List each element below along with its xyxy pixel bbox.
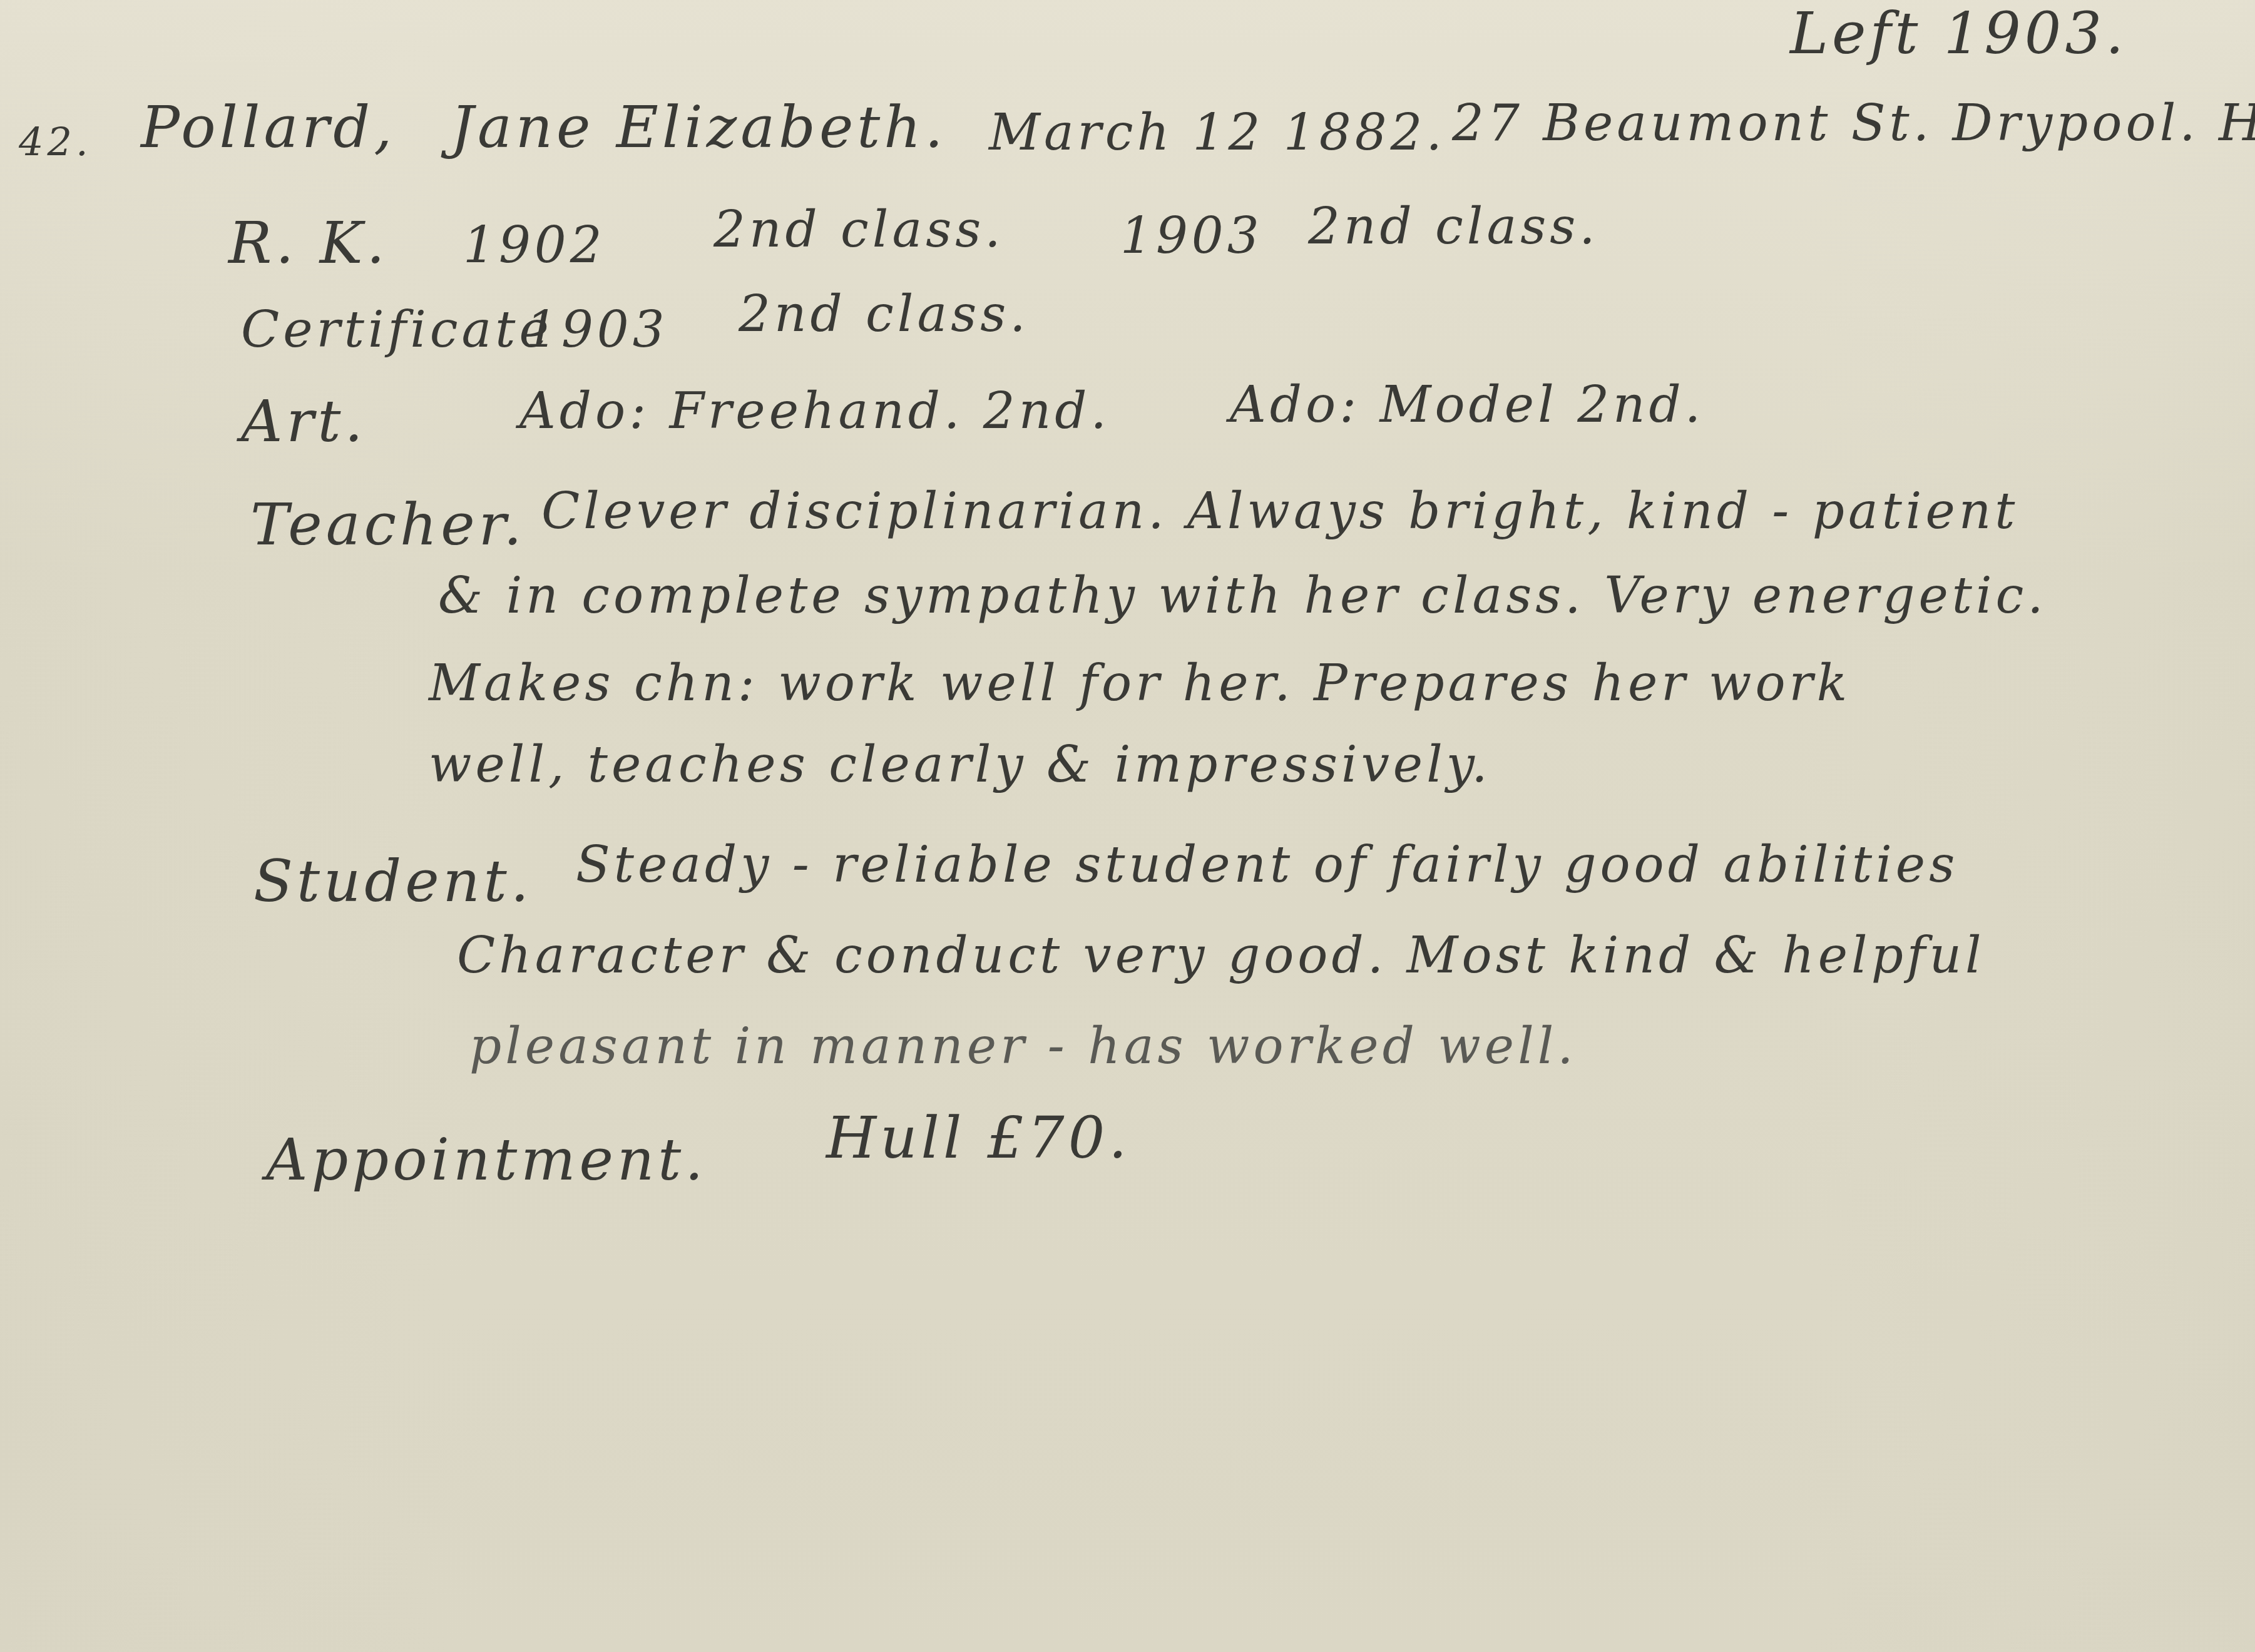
birth-date: March 12 1882. (989, 103, 1446, 161)
teacher-line-3: Makes chn: work well for her. Prepares h… (429, 654, 1851, 712)
surname: Pollard, (141, 94, 396, 161)
teacher-label: Teacher. (250, 491, 526, 558)
rk-1902-year: 1902 (463, 216, 606, 274)
address: 27 Beaumont St. Drypool. Hull. (1452, 94, 2255, 152)
art-label: Art. (241, 388, 367, 455)
left-year-note: Left 1903. (1790, 0, 2127, 67)
teacher-line-2: & in complete sympathy with her class. V… (438, 566, 2047, 625)
art-freehand: Ado: Freehand. 2nd. (519, 382, 1110, 440)
certificate-grade: 2nd class. (739, 285, 1030, 343)
given-names: Jane Elizabeth. (451, 94, 947, 161)
rk-1902-grade: 2nd class. (713, 200, 1005, 258)
rk-1903-year: 1903 (1120, 206, 1263, 265)
teacher-line-4: well, teaches clearly & impressively. (429, 735, 1491, 793)
certificate-year: 1903 (526, 300, 668, 359)
student-line-3: pleasant in manner - has worked well. (469, 1017, 1577, 1075)
student-label: Student. (253, 848, 533, 915)
rk-1903-grade: 2nd class. (1308, 197, 1599, 255)
student-line-2: Character & conduct very good. Most kind… (457, 926, 1985, 984)
appointment-value: Hull £70. (826, 1104, 1130, 1171)
ledger-page: Left 1903. 42. Pollard, Jane Elizabeth. … (0, 0, 2255, 1652)
art-model: Ado: Model 2nd. (1230, 375, 1704, 434)
entry-number: 42. (19, 119, 92, 165)
certificate-label: Certificate (241, 300, 553, 359)
rk-label: R. K. (228, 210, 389, 277)
teacher-line-1: Clever disciplinarian. Always bright, ki… (541, 482, 2018, 540)
student-line-1: Steady - reliable student of fairly good… (576, 835, 1958, 894)
appointment-label: Appointment. (266, 1126, 707, 1193)
